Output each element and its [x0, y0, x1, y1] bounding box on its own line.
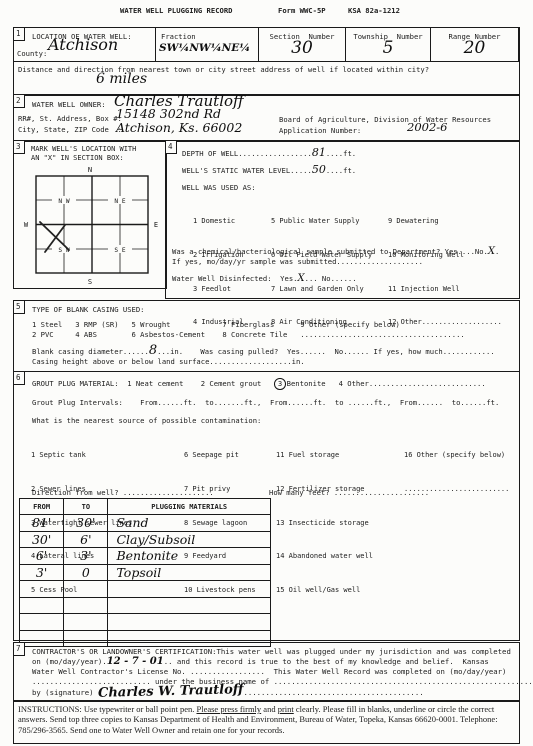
- material-cell: Bentonite: [108, 548, 271, 565]
- form-number: Form WWC-5P: [278, 6, 326, 15]
- fraction-value: SW¼NW¼NE¼: [159, 42, 250, 54]
- materials-header: PLUGGING MATERIALS: [108, 499, 271, 515]
- from-cell: [20, 614, 64, 631]
- grout-material-line: GROUT PLUG MATERIAL: 1 Neat cement 2 Cem…: [32, 378, 486, 390]
- grout-post-label: Bentonite 4 Other.......................…: [287, 379, 486, 388]
- range-number-value: 20: [431, 38, 518, 58]
- casing-options-row1: 1 Steel 3 RMP (SR) 5 Wrought 7 Fiberglas…: [32, 320, 400, 329]
- certification-line2-post: .. and this record is true to the best o…: [164, 657, 489, 666]
- city-state-zip-value: Atchison, Ks. 66002: [116, 120, 242, 135]
- compass-e-label: E: [154, 221, 158, 229]
- table-row: [20, 597, 271, 614]
- certification-line2: on (mo/day/year).12 - 7 - 01.. and this …: [32, 657, 489, 666]
- contamination-col3: 11 Fuel storage 12 Fertilizer storage 13…: [276, 428, 373, 618]
- certification-line5: by (signature) Charles W. Trautloff.....…: [32, 687, 424, 697]
- sample-question-line: Was a chemical/bacteriological sample su…: [172, 247, 499, 256]
- quadrant-nw-label: N W: [58, 198, 69, 205]
- to-cell: [64, 597, 108, 614]
- compass-s-label: S: [88, 278, 92, 285]
- section3-title-line1: MARK WELL'S LOCATION WITH: [31, 145, 136, 154]
- static-water-level-line: WELL'S STATIC WATER LEVEL.....50....ft.: [182, 165, 356, 175]
- section2-owner-box: 2 WATER WELL OWNER: Charles Trautloff RR…: [13, 94, 520, 142]
- static-label: WELL'S STATIC WATER LEVEL.....: [182, 166, 312, 175]
- compass-n-label: N: [88, 166, 92, 174]
- date-label: on (mo/day/year).: [32, 657, 107, 666]
- to-cell: [64, 581, 108, 598]
- disinfected-yes-x-mark: X: [298, 273, 305, 284]
- material-cell: Clay/Subsoil: [108, 531, 271, 548]
- diameter-suffix: ...in. Was casing pulled? Yes...... No..…: [157, 347, 495, 356]
- use-item: 7 Lawn and Garden Only: [271, 284, 372, 295]
- plugging-materials-table: FROM TO PLUGGING MATERIALS 81'30'Sand 30…: [19, 498, 271, 647]
- direction-from-well-question: Direction from well? ...................…: [32, 488, 214, 497]
- bentonite-circled-3: 3: [274, 378, 285, 390]
- distance-row: Distance and direction from nearest town…: [14, 61, 519, 96]
- to-header: TO: [64, 499, 108, 515]
- distance-value: 6 miles: [96, 71, 147, 87]
- table-header-row: FROM TO PLUGGING MATERIALS: [20, 499, 271, 515]
- contamination-item: 16 Other (specify below): [404, 450, 509, 461]
- casing-options-row2: 2 PVC 4 ABS 6 Asbestos-Cement 8 Concrete…: [32, 330, 465, 339]
- application-number-value: 2002-6: [407, 120, 447, 134]
- form-title: WATER WELL PLUGGING RECORD: [120, 6, 233, 15]
- section3-number-badge: 3: [13, 140, 25, 154]
- application-number-label: Application Number:: [279, 126, 361, 135]
- use-item: 9 Dewatering: [388, 216, 502, 227]
- how-many-feet-question: How many feet? ......................: [269, 488, 429, 497]
- table-row: 30'6'Clay/Subsoil: [20, 531, 271, 548]
- contamination-item: 13 Insecticide storage: [276, 518, 373, 529]
- from-header: FROM: [20, 499, 64, 515]
- from-cell: 3': [20, 564, 64, 581]
- use-item: 3 Feedlot: [193, 284, 244, 295]
- location-cell: 1 LOCATION OF WATER WELL: County: Atchis…: [14, 28, 156, 61]
- signature-value: Charles W. Trautloff: [98, 685, 244, 698]
- quadrant-se-label: S E: [114, 247, 125, 254]
- well-used-as-label: WELL WAS USED AS:: [182, 183, 256, 192]
- distance-question: Distance and direction from nearest town…: [18, 65, 429, 74]
- instructions-pre: INSTRUCTIONS: Use typewriter or ball poi…: [18, 704, 196, 714]
- section3-title-line2: AN "X" IN SECTION BOX:: [31, 154, 124, 163]
- from-cell: [20, 581, 64, 598]
- from-cell: [20, 597, 64, 614]
- material-cell: Sand: [108, 515, 271, 532]
- city-state-zip-label: City, State, ZIP Code :: [18, 125, 122, 134]
- from-cell: 81': [20, 515, 64, 532]
- table-row: 81'30'Sand: [20, 515, 271, 532]
- water-well-plugging-record-form: WATER WELL PLUGGING RECORD Form WWC-5P K…: [0, 0, 533, 746]
- if-yes-line: If yes, mo/day/yr sample was submitted..…: [172, 257, 423, 266]
- instructions-text: INSTRUCTIONS: Use typewriter or ball poi…: [14, 702, 519, 737]
- casing-height-line: Casing height above or below land surfac…: [32, 357, 305, 366]
- section-number-value: 30: [259, 38, 345, 58]
- county-value: Atchison: [48, 35, 118, 54]
- section5-number-badge: 5: [13, 300, 25, 314]
- table-row: [20, 614, 271, 631]
- section2-number-badge: 2: [13, 94, 25, 108]
- section-box-grid: N S W E N W N E S W S E: [14, 163, 166, 285]
- depth-of-well-line: DEPTH OF WELL.................81....ft.: [182, 148, 356, 158]
- diameter-value: 8: [149, 343, 157, 358]
- section3-location-map-box: 3 MARK WELL'S LOCATION WITH AN "X" IN SE…: [13, 140, 167, 289]
- table-row: 6'3'Bentonite: [20, 548, 271, 565]
- section-number-cell: Section Number 30: [259, 28, 346, 61]
- section5-title: TYPE OF BLANK CASING USED:: [32, 305, 145, 314]
- section7-number-badge: 7: [13, 642, 25, 656]
- material-cell: [108, 614, 271, 631]
- disinfected-label: Water Well Disinfected: Yes.: [172, 274, 298, 283]
- fraction-label: Fraction: [161, 32, 196, 41]
- instructions-box: INSTRUCTIONS: Use typewriter or ball poi…: [13, 701, 520, 744]
- material-cell: Topsoil: [108, 564, 271, 581]
- contamination-question: What is the nearest source of possible c…: [32, 416, 261, 425]
- section1-number-badge: 1: [13, 27, 25, 41]
- board-of-agriculture-line: Board of Agriculture, Division of Water …: [279, 115, 491, 124]
- material-cell: [108, 581, 271, 598]
- township-number-cell: Township Number 5: [346, 28, 431, 61]
- depth-suffix: ....ft.: [326, 149, 356, 158]
- to-cell: 0: [64, 564, 108, 581]
- contamination-item: 1 Septic tank: [31, 450, 132, 461]
- statute-reference: KSA 82a-1212: [348, 6, 400, 15]
- instructions-underlined-1: Please press firmly: [196, 704, 261, 714]
- instructions-mid: and: [261, 704, 278, 714]
- township-number-value: 5: [346, 38, 430, 58]
- certification-line3: Water Well Contractor's License No. ....…: [32, 667, 506, 676]
- contamination-col4: 16 Other (specify below) ...............…: [404, 428, 509, 518]
- section7-certification-box: 7 CONTRACTOR'S OR LANDOWNER'S CERTIFICAT…: [13, 642, 520, 701]
- from-cell: 6': [20, 548, 64, 565]
- contamination-item: 6 Seepage pit: [184, 450, 256, 461]
- use-item: 11 Injection Well: [388, 284, 502, 295]
- sample-label: Was a chemical/bacteriological sample su…: [172, 247, 488, 256]
- grout-label: GROUT PLUG MATERIAL: 1 Neat cement 2 Cem…: [32, 379, 274, 388]
- section6-grout-box: 6 GROUT PLUG MATERIAL: 1 Neat cement 2 C…: [13, 371, 520, 641]
- completion-date-value: 12 - 7 - 01: [107, 656, 164, 667]
- contamination-item: 15 Oil well/Gas well: [276, 585, 373, 596]
- grout-intervals-line: Grout Plug Intervals: From......ft. to..…: [32, 398, 499, 407]
- signature-label: by (signature): [32, 688, 98, 697]
- range-number-cell: Range Number 20: [431, 28, 519, 61]
- to-cell: [64, 614, 108, 631]
- fraction-cell: Fraction SW¼NW¼NE¼: [156, 28, 259, 61]
- quadrant-ne-label: N E: [114, 198, 125, 205]
- sample-no-x-mark: X: [488, 246, 495, 257]
- disinfected-suffix: ... No......: [305, 274, 357, 283]
- section6-number-badge: 6: [13, 371, 25, 385]
- diameter-label: Blank casing diameter......: [32, 347, 149, 356]
- static-value: 50: [312, 163, 326, 176]
- compass-w-label: W: [24, 221, 29, 229]
- section4-number-badge: 4: [165, 140, 177, 154]
- certification-line1: CONTRACTOR'S OR LANDOWNER'S CERTIFICATIO…: [32, 647, 511, 656]
- table-row: [20, 581, 271, 598]
- contamination-item: 11 Fuel storage: [276, 450, 373, 461]
- material-cell: [108, 597, 271, 614]
- section5-casing-box: 5 TYPE OF BLANK CASING USED: 1 Steel 3 R…: [13, 300, 520, 372]
- sample-suffix: .: [495, 247, 499, 256]
- depth-value: 81: [312, 146, 326, 159]
- to-cell: 30': [64, 515, 108, 532]
- section4-well-details-box: 4 DEPTH OF WELL.................81....ft…: [165, 140, 520, 299]
- instructions-underlined-2: print: [278, 704, 294, 714]
- certification-line5-post: ........................................…: [243, 688, 423, 697]
- county-label: County:: [17, 49, 47, 58]
- use-item: 5 Public Water Supply: [271, 216, 372, 227]
- static-suffix: ....ft.: [326, 166, 356, 175]
- casing-diameter-line: Blank casing diameter......8...in. Was c…: [32, 346, 495, 356]
- disinfected-line: Water Well Disinfected: Yes.X... No.....…: [172, 274, 357, 283]
- depth-label: DEPTH OF WELL.................: [182, 149, 312, 158]
- address-value: 15148 302nd Rd: [116, 106, 221, 121]
- to-cell: 3': [64, 548, 108, 565]
- section1-location-box: 1 LOCATION OF WATER WELL: County: Atchis…: [13, 27, 520, 96]
- contamination-item: 14 Abandoned water well: [276, 551, 373, 562]
- address-label: RR#, St. Address, Box #:: [18, 114, 122, 123]
- to-cell: 6': [64, 531, 108, 548]
- use-item: 1 Domestic: [193, 216, 244, 227]
- from-cell: 30': [20, 531, 64, 548]
- owner-label: WATER WELL OWNER:: [32, 100, 106, 109]
- table-row: 3'0Topsoil: [20, 564, 271, 581]
